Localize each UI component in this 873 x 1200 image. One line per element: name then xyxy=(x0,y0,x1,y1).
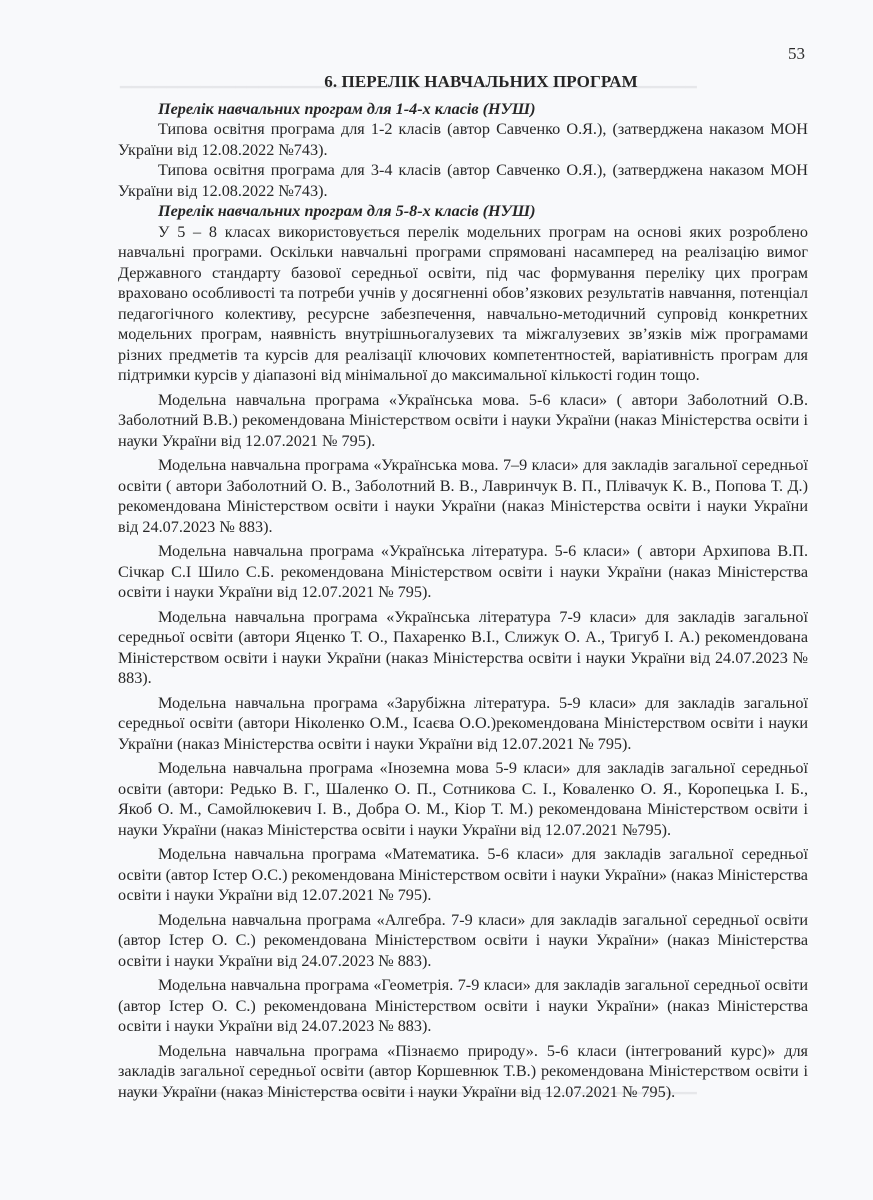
section-title: 6. ПЕРЕЛІК НАВЧАЛЬНИХ ПРОГРАМ xyxy=(118,72,808,93)
intro-paragraph: У 5 – 8 класах використовується перелік … xyxy=(118,222,808,386)
program-item: Модельна навчальна програма «Пізнаємо пр… xyxy=(118,1041,808,1103)
program-item: Модельна навчальна програма «Зарубіжна л… xyxy=(118,693,808,755)
document-page: ▔▔▔▔▔▔▔▔▔▔▔▔▔▔▔▔▔▔▔▔▔▔▔▔▔▔▔▔▔▔▔▔▔▔▔▔▔▔▔▔… xyxy=(0,0,873,1200)
program-item: Модельна навчальна програма «Математика.… xyxy=(118,844,808,906)
program-item: Модельна навчальна програма «Іноземна мо… xyxy=(118,758,808,840)
program-item: Модельна навчальна програма «Алгебра. 7-… xyxy=(118,910,808,972)
program-item: Модельна навчальна програма «Геометрія. … xyxy=(118,975,808,1037)
program-item: Модельна навчальна програма «Українська … xyxy=(118,455,808,537)
program-item: Типова освітня програма для 1-2 класів (… xyxy=(118,119,808,160)
program-item: Типова освітня програма для 3-4 класів (… xyxy=(118,160,808,201)
document-body: 6. ПЕРЕЛІК НАВЧАЛЬНИХ ПРОГРАМ Перелік на… xyxy=(118,72,808,1102)
subheading-grades-1-4: Перелік навчальних програм для 1-4-х кла… xyxy=(118,99,808,120)
program-item: Модельна навчальна програма «Українська … xyxy=(118,390,808,452)
subheading-grades-5-8: Перелік навчальних програм для 5-8-х кла… xyxy=(118,201,808,222)
program-item: Модельна навчальна програма «Українська … xyxy=(118,541,808,603)
page-number: 53 xyxy=(788,44,805,64)
program-item: Модельна навчальна програма «Українська … xyxy=(118,607,808,689)
